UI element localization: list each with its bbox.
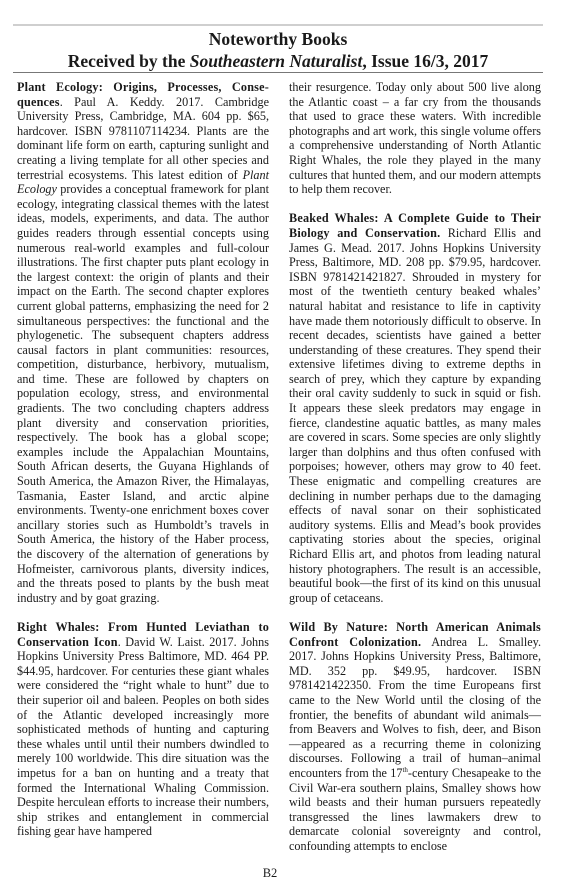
header-top-rule bbox=[13, 24, 543, 26]
review-wild-by-nature: Wild By Nature: North American Animals C… bbox=[289, 620, 541, 854]
header-bottom-rule bbox=[13, 72, 543, 73]
review-body: Richard Ellis and James G. Mead. 2017. J… bbox=[289, 226, 541, 605]
subtitle-prefix: Received by the bbox=[68, 51, 190, 71]
page-title: Noteworthy Books bbox=[13, 29, 543, 49]
review-plant-ecology: Plant Ecology: Origins, Processes, Conse… bbox=[17, 80, 269, 605]
journal-name: Southeastern Naturalist bbox=[190, 51, 363, 71]
page-subtitle: Received by the Southeastern Naturalist,… bbox=[13, 51, 543, 71]
review-right-whales: Right Whales: From Hunted Leviathan to C… bbox=[17, 620, 269, 839]
subtitle-suffix: , Issue 16/3, 2017 bbox=[362, 51, 488, 71]
review-body: provides a conceptual framework for plan… bbox=[17, 182, 269, 605]
review-body-continued: their resurgence. Today only about 500 l… bbox=[289, 80, 541, 196]
review-beaked-whales: Beaked Whales: A Complete Guide to Their… bbox=[289, 211, 541, 605]
page-number: B2 bbox=[250, 866, 290, 881]
review-body: . David W. Laist. 2017. Johns Hopkins Un… bbox=[17, 635, 269, 839]
right-column: their resurgence. Today only about 500 l… bbox=[289, 80, 541, 868]
left-column: Plant Ecology: Origins, Processes, Conse… bbox=[17, 80, 269, 853]
review-body: Andrea L. Smalley. 2017. Johns Hopkins U… bbox=[289, 635, 541, 780]
review-right-whales-continued: their resurgence. Today only about 500 l… bbox=[289, 80, 541, 197]
